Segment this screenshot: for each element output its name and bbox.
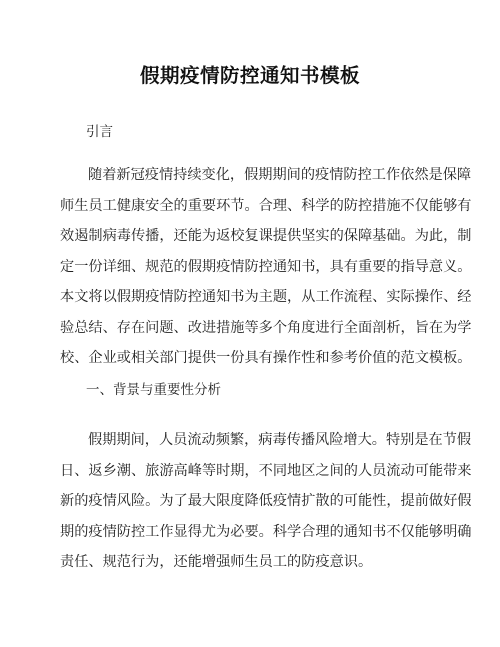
paragraph-line: 校、企业或相关部门提供一份具有操作性和参考价值的范文模板。	[60, 343, 440, 374]
paragraph-line: 期的疫情防控工作显得尤为必要。科学合理的通知书不仅能够明确	[60, 517, 440, 548]
paragraph-line: 责任、规范行为，还能增强师生员工的防疫意识。	[60, 547, 440, 578]
section-heading-background: 一、背景与重要性分析	[86, 378, 221, 398]
paragraph-line: 定一份详细、规范的假期疫情防控通知书，具有重要的指导意义。	[60, 252, 440, 283]
paragraph-line: 验总结、存在问题、改进措施等多个角度进行全面剖析，旨在为学	[60, 313, 440, 344]
document-title: 假期疫情防控通知书模板	[0, 60, 500, 88]
document-page: 假期疫情防控通知书模板 引言 随着新冠疫情持续变化，假期期间的疫情防控工作依然是…	[0, 0, 500, 647]
introduction-paragraph: 随着新冠疫情持续变化，假期期间的疫情防控工作依然是保障 师生员工健康安全的重要环…	[60, 160, 440, 374]
paragraph-line: 新的疫情风险。为了最大限度降低疫情扩散的可能性，提前做好假	[60, 486, 440, 517]
paragraph-line: 效遏制病毒传播，还能为返校复课提供坚实的保障基础。为此，制	[60, 221, 440, 252]
paragraph-line: 日、返乡潮、旅游高峰等时期，不同地区之间的人员流动可能带来	[60, 456, 440, 487]
paragraph-line: 师生员工健康安全的重要环节。合理、科学的防控措施不仅能够有	[60, 191, 440, 222]
background-paragraph: 假期期间，人员流动频繁，病毒传播风险增大。特别是在节假 日、返乡潮、旅游高峰等时…	[60, 425, 440, 578]
section-heading-introduction: 引言	[86, 120, 113, 140]
paragraph-line: 随着新冠疫情持续变化，假期期间的疫情防控工作依然是保障	[60, 160, 440, 191]
paragraph-line: 假期期间，人员流动频繁，病毒传播风险增大。特别是在节假	[60, 425, 440, 456]
paragraph-line: 本文将以假期疫情防控通知书为主题，从工作流程、实际操作、经	[60, 282, 440, 313]
